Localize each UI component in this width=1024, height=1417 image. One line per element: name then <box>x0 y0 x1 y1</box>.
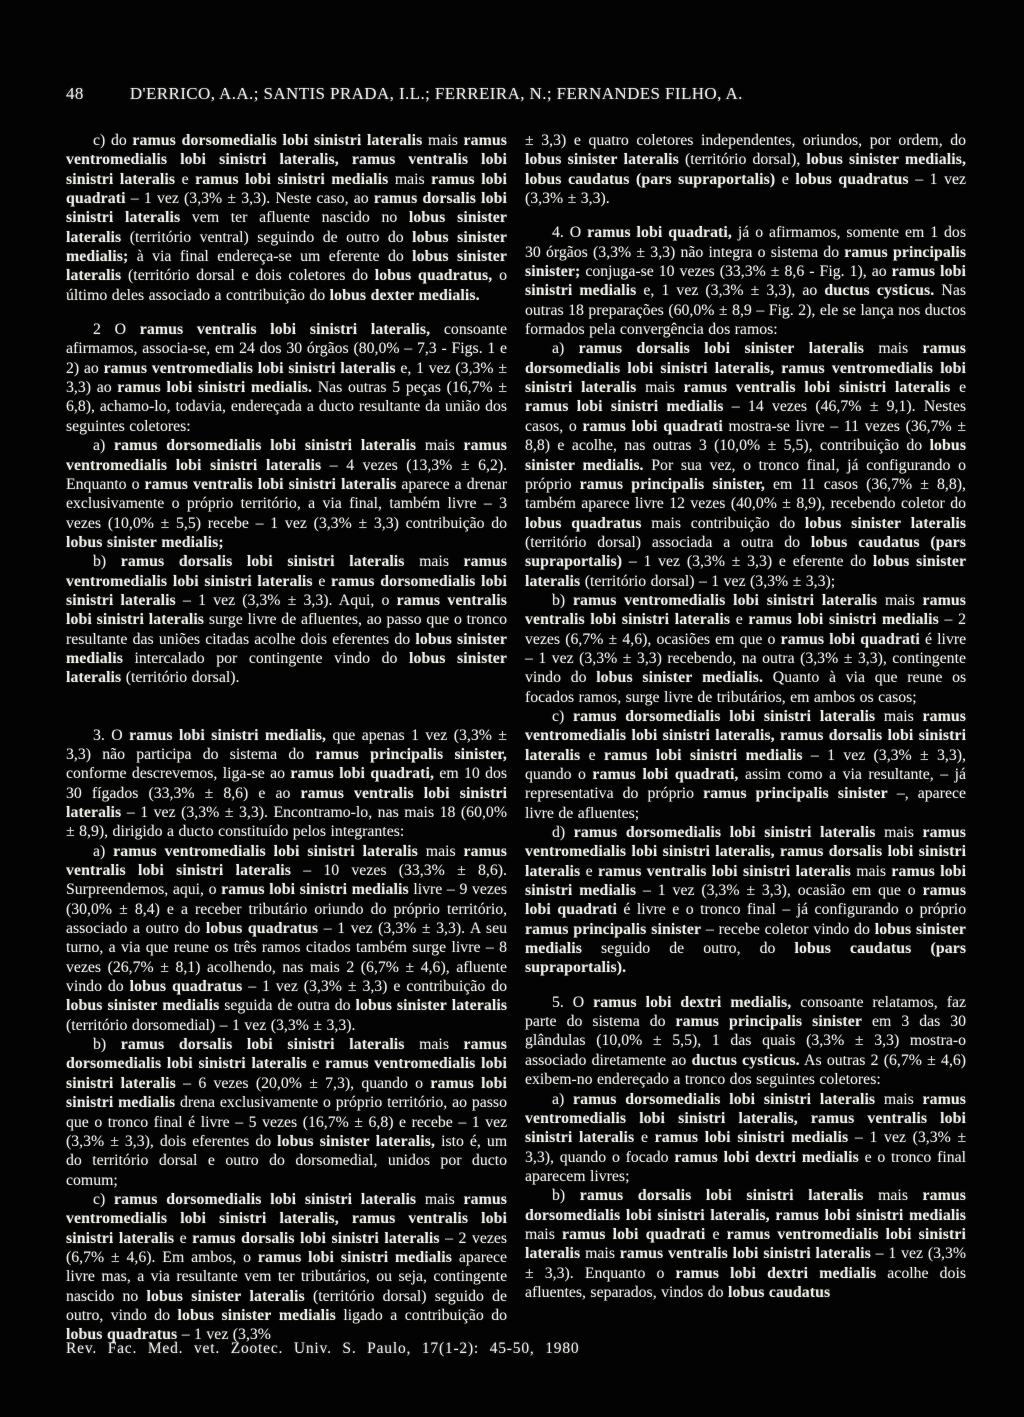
paragraph: a) ramus dorsomedialis lobi sinistri lat… <box>525 1090 966 1187</box>
paragraph: c) ramus dorsomedialis lobi sinistri lat… <box>525 707 966 823</box>
text-column-right: ± 3,3) e quatro coletores independentes,… <box>525 131 966 1345</box>
paragraph: b) ramus dorsalis lobi sinistri laterali… <box>66 552 507 687</box>
paragraph: c) do ramus dorsomedialis lobi sinistri … <box>66 131 507 305</box>
paragraph: d) ramus dorsomedialis lobi sinistri lat… <box>525 823 966 978</box>
journal-page: 48 D'ERRICO, A.A.; SANTIS PRADA, I.L.; F… <box>0 0 1024 1417</box>
running-head-authors: D'ERRICO, A.A.; SANTIS PRADA, I.L.; FERR… <box>130 84 743 104</box>
paragraph: ± 3,3) e quatro coletores independentes,… <box>525 131 966 208</box>
paragraph: b) ramus dorsalis lobi sinistri laterali… <box>525 1186 966 1302</box>
paragraph: b) ramus ventromedialis lobi sinistri la… <box>525 591 966 707</box>
paragraph: c) ramus dorsomedialis lobi sinistri lat… <box>66 1190 507 1345</box>
paragraph: a) ramus dorsomedialis lobi sinistri lat… <box>66 436 507 552</box>
paragraph: 2 O ramus ventralis lobi sinistri latera… <box>66 320 507 436</box>
paragraph: 3. O ramus lobi sinistri medialis, que a… <box>66 726 507 842</box>
journal-citation: Rev. Fac. Med. vet. Zootec. Univ. S. Pau… <box>66 1340 966 1358</box>
text-column-left: c) do ramus dorsomedialis lobi sinistri … <box>66 131 507 1345</box>
paragraph: a) ramus ventromedialis lobi sinistri la… <box>66 842 507 1035</box>
paragraph: a) ramus dorsalis lobi sinister laterali… <box>525 339 966 590</box>
paragraph: b) ramus dorsalis lobi sinistri laterali… <box>66 1035 507 1190</box>
article-body: c) do ramus dorsomedialis lobi sinistri … <box>66 131 966 1345</box>
page-number: 48 <box>66 84 84 104</box>
running-header: 48 D'ERRICO, A.A.; SANTIS PRADA, I.L.; F… <box>66 84 958 104</box>
paragraph: 5. O ramus lobi dextri medialis, consoan… <box>525 993 966 1090</box>
paragraph: 4. O ramus lobi quadrati, já o afirmamos… <box>525 223 966 339</box>
